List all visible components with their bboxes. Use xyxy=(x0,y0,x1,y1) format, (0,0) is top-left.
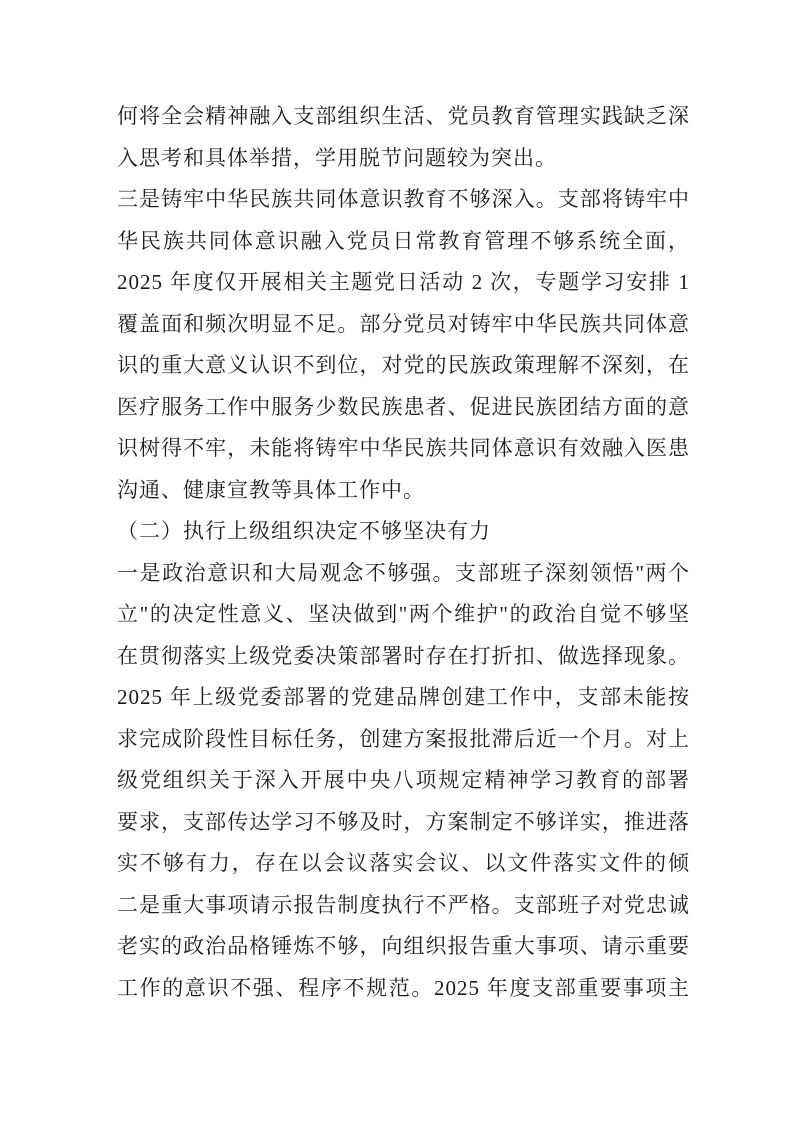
text-line: 级党组织关于深入开展中央八项规定精神学习教育的部署 xyxy=(117,760,690,802)
text-line: 识的重大意义认识不到位，对党的民族政策理解不深刻，在 xyxy=(117,345,690,387)
text-line: 要求，支部传达学习不够及时，方案制定不够详实，推进落 xyxy=(117,802,690,844)
text-line: 2025 年度仅开展相关主题党日活动 2 次，专题学习安排 1 次， xyxy=(117,262,690,304)
text-line: 2025 年上级党委部署的党建品牌创建工作中，支部未能按要 xyxy=(117,677,690,719)
text-line: 工作的意识不强、程序不规范。2025 年度支部重要事项主动 xyxy=(117,968,690,1010)
text-line: 何将全会精神融入支部组织生活、党员教育管理实践缺乏深 xyxy=(117,96,690,138)
text-line: 三是铸牢中华民族共同体意识教育不够深入。支部将铸牢中 xyxy=(117,179,690,221)
text-line: 入思考和具体举措，学用脱节问题较为突出。 xyxy=(117,138,690,180)
text-line: 一是政治意识和大局观念不够强。支部班子深刻领悟"两个确 xyxy=(117,553,690,595)
text-line: 华民族共同体意识融入党员日常教育管理不够系统全面， xyxy=(117,221,690,263)
document-page: 何将全会精神融入支部组织生活、党员教育管理实践缺乏深入思考和具体举措，学用脱节问… xyxy=(0,0,793,1122)
text-line: 实不够有力，存在以会议落实会议、以文件落实文件的倾向。 xyxy=(117,843,690,885)
text-line: （二）执行上级组织决定不够坚决有力 xyxy=(117,511,690,553)
text-line: 立"的决定性意义、坚决做到"两个维护"的政治自觉不够坚定， xyxy=(117,594,690,636)
text-line: 二是重大事项请示报告制度执行不严格。支部班子对党忠诚 xyxy=(117,885,690,927)
text-line: 医疗服务工作中服务少数民族患者、促进民族团结方面的意 xyxy=(117,387,690,429)
text-line: 老实的政治品格锤炼不够，向组织报告重大事项、请示重要 xyxy=(117,926,690,968)
text-line: 在贯彻落实上级党委决策部署时存在打折扣、做选择现象。 xyxy=(117,636,690,678)
document-text: 何将全会精神融入支部组织生活、党员教育管理实践缺乏深入思考和具体举措，学用脱节问… xyxy=(117,96,690,1009)
text-line: 覆盖面和频次明显不足。部分党员对铸牢中华民族共同体意 xyxy=(117,304,690,346)
text-line: 求完成阶段性目标任务，创建方案报批滞后近一个月。对上 xyxy=(117,719,690,761)
text-line: 识树得不牢，未能将铸牢中华民族共同体意识有效融入医患 xyxy=(117,428,690,470)
text-line: 沟通、健康宣教等具体工作中。 xyxy=(117,470,690,512)
